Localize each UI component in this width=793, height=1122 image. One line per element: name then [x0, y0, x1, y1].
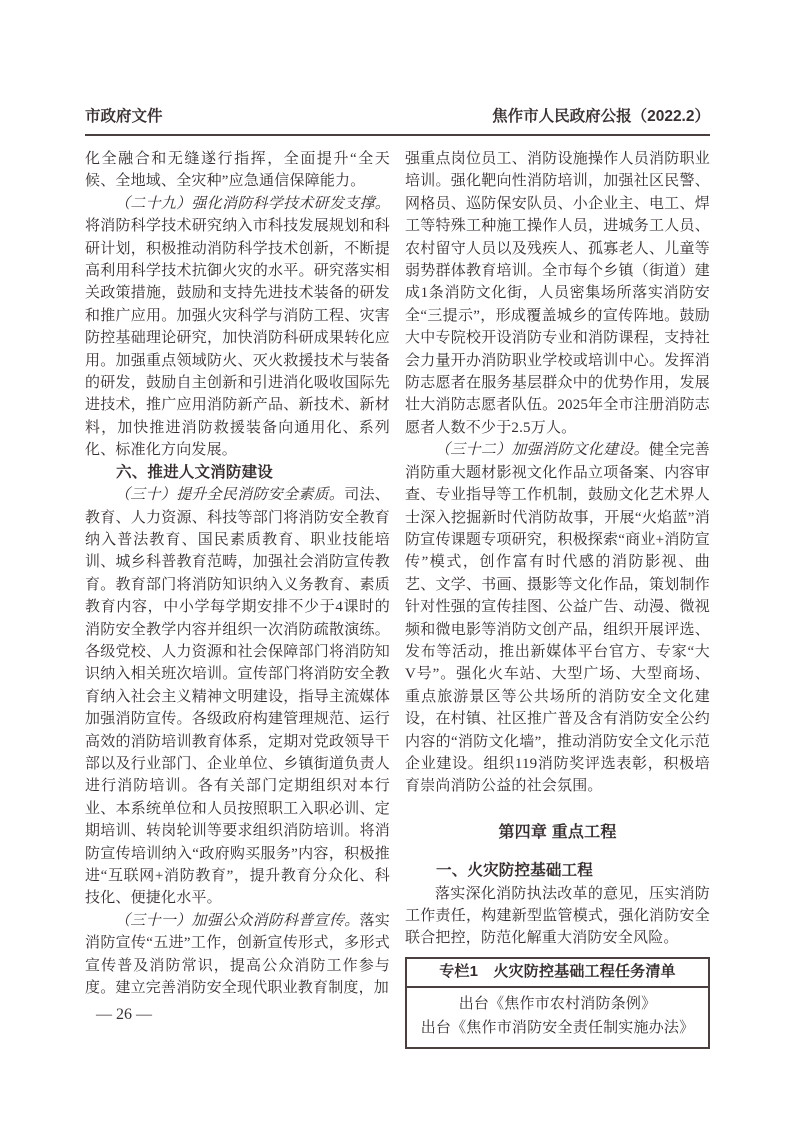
task-list-item: 出台《焦作市消防安全责任制实施办法》 [407, 1016, 708, 1040]
paragraph: （三十）提升全民消防安全素质。司法、教育、人力资源、科技等部门将消防安全教育纳入… [85, 484, 390, 910]
column-left: 化全融合和无缝遂行指挥，全面提升“全天候、全地域、全灾种”应急通信保障能力。 （… [85, 148, 390, 1049]
paragraph: 落实深化消防执法改革的意见，压实消防工作责任，构建新型监管模式，强化消防安全联合… [405, 883, 710, 950]
section-heading: 六、推进人文消防建设 [85, 462, 390, 484]
item-title: （三十二）加强消防文化建设。 [435, 442, 649, 458]
body-columns: 化全融合和无缝遂行指挥，全面提升“全天候、全地域、全灾种”应急通信保障能力。 （… [85, 148, 710, 1049]
chapter-heading: 第四章 重点工程 [405, 822, 710, 844]
item-body: 将消防科学技术研究纳入市科技发展规划和科研计划，积极推动消防科学技术创新，不断提… [85, 218, 390, 458]
paragraph: （二十九）强化消防科学技术研发支撑。将消防科学技术研究纳入市科技发展规划和科研计… [85, 193, 390, 462]
item-title: （二十九）强化消防科学技术研发支撑。 [115, 196, 390, 212]
gazette-page: 市政府文件 焦作市人民政府公报（2022.2） 化全融合和无缝遂行指挥，全面提升… [0, 0, 793, 1122]
paragraph: （三十一）加强公众消防科普宣传。落实消防宣传“五进”工作，创新宣传形式，多形式宣… [85, 910, 390, 1000]
paragraph: 强重点岗位员工、消防设施操作人员消防职业培训。强化靶向性消防培训，加强社区民警、… [405, 148, 710, 439]
task-list-box-body: 出台《焦作市农村消防条例》 出台《焦作市消防安全责任制实施办法》 [407, 988, 708, 1047]
running-header: 市政府文件 焦作市人民政府公报（2022.2） [85, 104, 710, 136]
column-right: 强重点岗位员工、消防设施操作人员消防职业培训。强化靶向性消防培训，加强社区民警、… [405, 148, 710, 1049]
header-left-label: 市政府文件 [85, 104, 163, 126]
item-title: （三十）提升全民消防安全素质。 [115, 487, 344, 503]
header-right-label: 焦作市人民政府公报（2022.2） [492, 104, 710, 126]
item-body: 健全完善消防重大题材影视文化作品立项备案、内容审查、专业指导等工作机制，鼓励文化… [405, 442, 710, 794]
page-number: — 26 — [96, 1006, 152, 1024]
item-body: 司法、教育、人力资源、科技等部门将消防安全教育纳入普法教育、国民素质教育、职业技… [85, 487, 390, 906]
task-list-box: 专栏1 火灾防控基础工程任务清单 出台《焦作市农村消防条例》 出台《焦作市消防安… [405, 957, 710, 1049]
paragraph: 化全融合和无缝遂行指挥，全面提升“全天候、全地域、全灾种”应急通信保障能力。 [85, 148, 390, 193]
task-list-item: 出台《焦作市农村消防条例》 [407, 992, 708, 1016]
item-title: （三十一）加强公众消防科普宣传。 [115, 913, 360, 929]
task-list-box-title: 专栏1 火灾防控基础工程任务清单 [407, 959, 708, 988]
subsection-heading: 一、火灾防控基础工程 [405, 860, 710, 882]
paragraph: （三十二）加强消防文化建设。健全完善消防重大题材影视文化作品立项备案、内容审查、… [405, 439, 710, 798]
